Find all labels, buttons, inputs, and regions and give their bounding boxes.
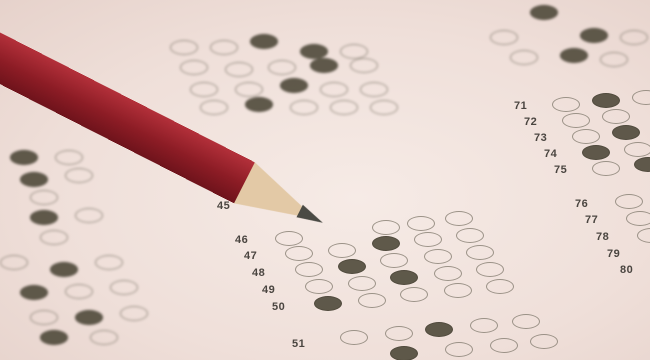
bubble xyxy=(40,230,68,245)
bubble xyxy=(372,220,400,235)
bubble-filled xyxy=(580,28,608,43)
question-number: 78 xyxy=(596,231,609,243)
bubble-filled xyxy=(50,262,78,277)
bubble xyxy=(170,40,198,55)
bubble xyxy=(340,330,368,345)
question-number: 79 xyxy=(607,248,620,260)
bubble xyxy=(632,90,650,105)
bubble-filled xyxy=(425,322,453,337)
question-number: 50 xyxy=(272,301,285,313)
bubble-filled xyxy=(612,125,640,140)
bubble-filled xyxy=(280,78,308,93)
bubble xyxy=(225,62,253,77)
bubble xyxy=(600,52,628,67)
bubble xyxy=(235,82,263,97)
question-number: 76 xyxy=(575,198,588,210)
bubble xyxy=(414,232,442,247)
bubble xyxy=(490,30,518,45)
bubble xyxy=(65,284,93,299)
question-number: 49 xyxy=(262,284,275,296)
bubble xyxy=(180,60,208,75)
bubble xyxy=(445,342,473,357)
bubble xyxy=(445,211,473,226)
bubble xyxy=(407,216,435,231)
bubble xyxy=(530,334,558,349)
bubble xyxy=(358,293,386,308)
question-number: 71 xyxy=(514,100,527,112)
bubble xyxy=(55,150,83,165)
bubble xyxy=(562,113,590,128)
question-number: 80 xyxy=(620,264,633,276)
bubble-filled xyxy=(40,330,68,345)
question-number: 47 xyxy=(244,250,257,262)
bubble xyxy=(350,58,378,73)
bubble xyxy=(620,30,648,45)
bubble xyxy=(424,249,452,264)
question-number: 46 xyxy=(235,234,248,246)
bubble xyxy=(512,314,540,329)
bubble-filled xyxy=(372,236,400,251)
question-number: 75 xyxy=(554,164,567,176)
bubble xyxy=(626,211,650,226)
question-number: 77 xyxy=(585,214,598,226)
bubble xyxy=(120,306,148,321)
bubble xyxy=(572,129,600,144)
bubble xyxy=(200,100,228,115)
bubble xyxy=(305,279,333,294)
question-number: 74 xyxy=(544,148,557,160)
bubble xyxy=(615,194,643,209)
bubble-filled xyxy=(390,346,418,360)
bubble-filled xyxy=(250,34,278,49)
bubble xyxy=(90,330,118,345)
bubble xyxy=(486,279,514,294)
bubble xyxy=(592,161,620,176)
bubble xyxy=(510,50,538,65)
bubble xyxy=(30,310,58,325)
answer-sheet-photo: 45 46 47 48 49 50 51 xyxy=(0,0,650,360)
bubble-filled xyxy=(314,296,342,311)
bubble xyxy=(210,40,238,55)
bubble xyxy=(434,266,462,281)
bubble xyxy=(0,255,28,270)
question-number: 51 xyxy=(292,338,305,350)
bubble xyxy=(400,287,428,302)
bubble xyxy=(470,318,498,333)
bubble-filled xyxy=(300,44,328,59)
bubble-filled xyxy=(634,157,650,172)
bubble xyxy=(348,276,376,291)
bubble-filled xyxy=(75,310,103,325)
bubble-filled xyxy=(20,172,48,187)
bubble-filled xyxy=(10,150,38,165)
bubble xyxy=(490,338,518,353)
bubble-filled xyxy=(245,97,273,112)
bubble xyxy=(190,82,218,97)
bubble xyxy=(330,100,358,115)
bubble xyxy=(65,168,93,183)
bubble-filled xyxy=(582,145,610,160)
question-number: 72 xyxy=(524,116,537,128)
bubble xyxy=(466,245,494,260)
bubble xyxy=(637,228,650,243)
bubble xyxy=(444,283,472,298)
bubble xyxy=(320,82,348,97)
question-number: 48 xyxy=(252,267,265,279)
bubble xyxy=(476,262,504,277)
pencil-wood-tip xyxy=(234,162,326,239)
bubble-filled xyxy=(390,270,418,285)
bubble xyxy=(456,228,484,243)
bubble xyxy=(552,97,580,112)
question-number: 73 xyxy=(534,132,547,144)
bubble-filled xyxy=(20,285,48,300)
bubble xyxy=(30,190,58,205)
bubble xyxy=(385,326,413,341)
question-number: 45 xyxy=(217,200,230,212)
bubble xyxy=(295,262,323,277)
bubble-filled xyxy=(530,5,558,20)
bubble xyxy=(624,142,650,157)
bubble-filled xyxy=(30,210,58,225)
bubble xyxy=(268,60,296,75)
bubble xyxy=(110,280,138,295)
bubble-filled xyxy=(560,48,588,63)
bubble xyxy=(328,243,356,258)
bubble-filled xyxy=(310,58,338,73)
bubble xyxy=(360,82,388,97)
bubble xyxy=(370,100,398,115)
bubble xyxy=(380,253,408,268)
bubble xyxy=(602,109,630,124)
bubble xyxy=(75,208,103,223)
bubble xyxy=(290,100,318,115)
bubble-filled xyxy=(592,93,620,108)
bubble xyxy=(340,44,368,59)
bubble xyxy=(95,255,123,270)
bubble xyxy=(285,246,313,261)
bubble-filled xyxy=(338,259,366,274)
